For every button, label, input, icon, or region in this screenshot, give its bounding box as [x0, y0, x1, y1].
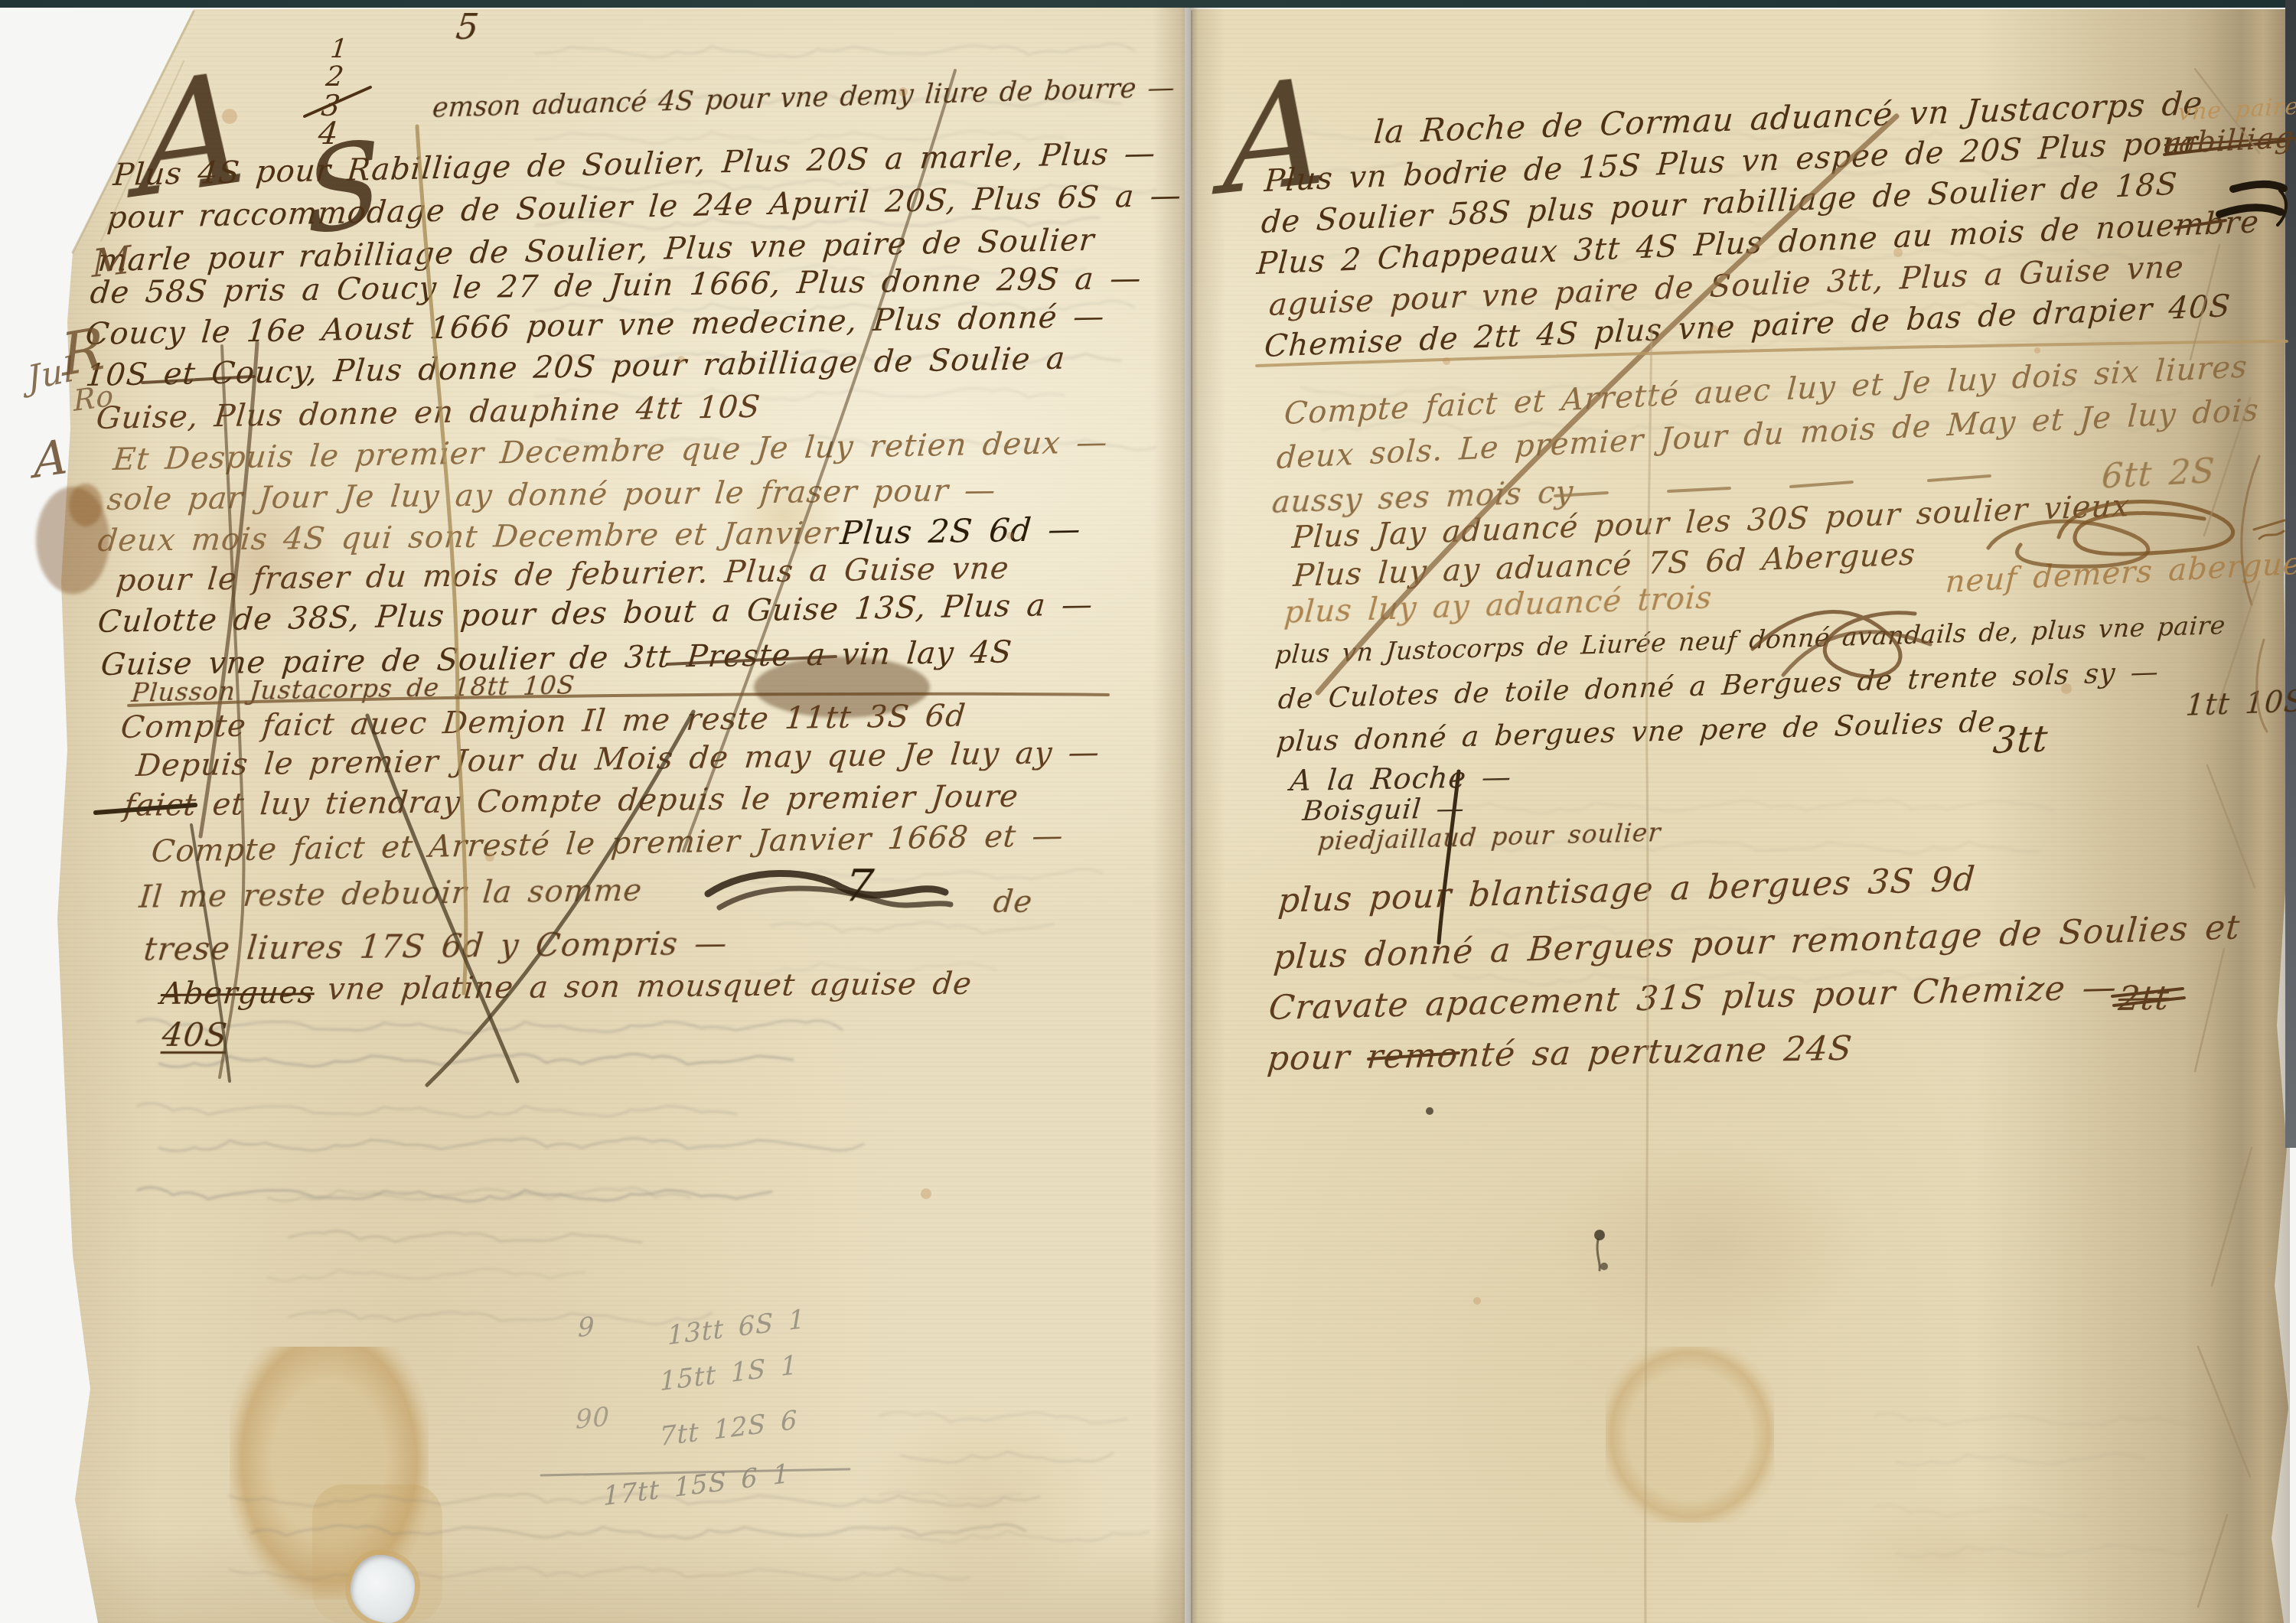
handwritten-line: 3tt: [1991, 717, 2050, 762]
handwritten-line: 7: [842, 860, 876, 912]
pencil-sum: 90: [576, 1401, 610, 1436]
page-number: 5: [454, 6, 481, 47]
handwritten-line: Boisguil —: [1301, 793, 1466, 827]
handwritten-line: 2tt: [2117, 979, 2171, 1018]
gutter-shadow: [1153, 0, 1226, 1623]
margin-mark: Ro: [73, 378, 115, 418]
manuscript-scan: 51234ASemson aduancé 4S pour vne demy li…: [0, 0, 2296, 1623]
handwritten-line: A la Roche —: [1289, 760, 1513, 797]
margin-mark: A: [33, 428, 70, 489]
handwritten-line: 1tt 10S: [2184, 685, 2296, 723]
handwritten-line: trese liures 17S 6d y Compris —: [142, 924, 729, 968]
handwritten-line: de: [992, 885, 1035, 920]
scan-edge-top: [0, 0, 2296, 8]
initial-flourish: A: [1223, 47, 1328, 228]
corner-number: 2: [325, 61, 346, 93]
corner-number: 1: [329, 34, 350, 64]
margin-mark: M: [92, 237, 132, 286]
handwritten-line: Abergues: [159, 975, 316, 1012]
crinkled-page-edge: [2183, 9, 2290, 1623]
handwritten-line: vne platine a son mousquet aguise de: [326, 966, 974, 1007]
handwritten-line: 40S: [160, 1016, 229, 1054]
pencil-sum: 9: [578, 1312, 595, 1344]
margin-mark: Jul: [25, 350, 77, 399]
handwritten-line: Plus 2S 6d —: [839, 510, 1083, 552]
handwritten-line: Il me reste debuoir la somme: [138, 873, 644, 915]
